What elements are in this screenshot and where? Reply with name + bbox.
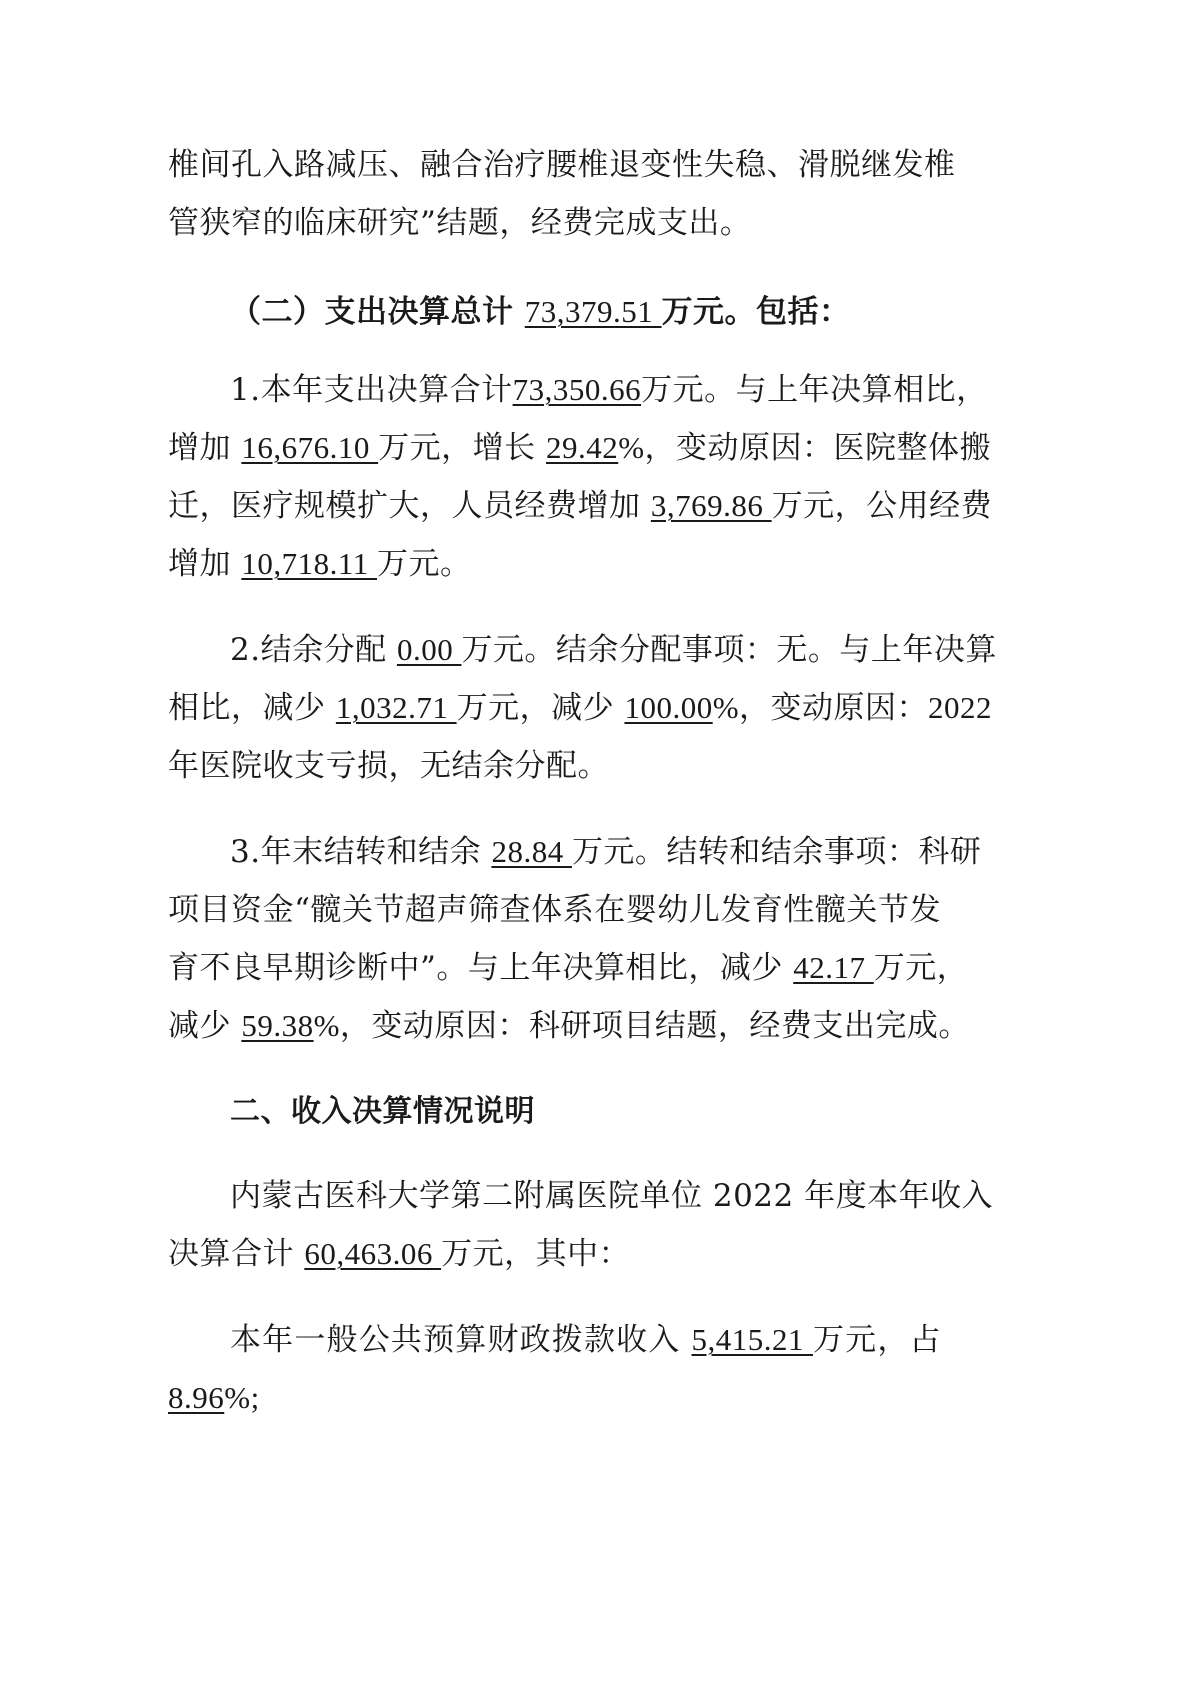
text: 万元，其中： bbox=[441, 1236, 630, 1272]
text: 迁，医疗规模扩大，人员经费增加 bbox=[168, 488, 651, 524]
text: 二、收入决算情况说明 bbox=[230, 1094, 535, 1129]
text: 椎间孔入路减压、融合治疗腰椎退变性失稳、滑脱继发椎 bbox=[168, 147, 956, 183]
total-income-amount: 60,463.06 bbox=[304, 1236, 441, 1271]
item2-line-3: 年医院收支亏损，无结余分配。 bbox=[168, 746, 941, 786]
fiscal-share-percent: 8.96 bbox=[168, 1380, 224, 1415]
item3-line-1: 3.年末结转和结余 28.84 万元。结转和结余事项：科研 bbox=[230, 832, 941, 872]
text: 万元。包括： bbox=[662, 294, 851, 330]
text: 减少 bbox=[168, 1008, 241, 1044]
item1-line-3: 迁，医疗规模扩大，人员经费增加 3,769.86 万元，公用经费 bbox=[168, 486, 941, 526]
item3-line-3: 育不良早期诊断中”。与上年决算相比，减少 42.17 万元， bbox=[168, 948, 941, 988]
text: %，变动原因：科研项目结题，经费支出完成。 bbox=[314, 1008, 970, 1043]
text: 内蒙古医科大学第二附属医院单位 2022 年度本年收入 bbox=[230, 1178, 993, 1214]
personnel-increase-amount: 3,769.86 bbox=[651, 488, 772, 523]
balance-decrease-amount: 42.17 bbox=[793, 950, 874, 985]
continuation-line-1: 椎间孔入路减压、融合治疗腰椎退变性失稳、滑脱继发椎 bbox=[168, 145, 941, 185]
text: 育不良早期诊断中”。与上年决算相比，减少 bbox=[168, 950, 793, 986]
expenditure-total-heading: （二）支出决算总计 73,379.51 万元。包括： bbox=[230, 292, 941, 332]
continuation-line-2: 管狭窄的临床研究”结题，经费完成支出。 bbox=[168, 203, 941, 243]
income-intro-line-2: 决算合计 60,463.06 万元，其中： bbox=[168, 1234, 941, 1274]
surplus-distribution-amount: 0.00 bbox=[397, 632, 462, 667]
text: 项目资金“髋关节超声筛查体系在婴幼儿发育性髋关节发 bbox=[168, 892, 941, 928]
item3-line-2: 项目资金“髋关节超声筛查体系在婴幼儿发育性髋关节发 bbox=[168, 890, 941, 930]
text: %; bbox=[224, 1380, 259, 1415]
item1-line-1: 1.本年支出决算合计73,350.66万元。与上年决算相比， bbox=[230, 370, 941, 410]
decrease-amount: 1,032.71 bbox=[336, 690, 457, 725]
text: 万元，减少 bbox=[457, 690, 625, 726]
text: 本年一般公共预算财政拨款收入 bbox=[230, 1322, 692, 1358]
item1-line-4: 增加 10,718.11 万元。 bbox=[168, 544, 941, 584]
item2-line-2: 相比，减少 1,032.71 万元，减少 100.00%，变动原因：2022 bbox=[168, 688, 941, 728]
text: 万元。结转和结余事项：科研 bbox=[572, 834, 982, 870]
text: 万元，公用经费 bbox=[772, 488, 993, 524]
public-expense-increase-amount: 10,718.11 bbox=[241, 546, 377, 581]
item2-line-1: 2.结余分配 0.00 万元。结余分配事项：无。与上年决算 bbox=[230, 630, 941, 670]
fiscal-income-line-2: 8.96%; bbox=[168, 1378, 941, 1418]
balance-decrease-percent: 59.38 bbox=[241, 1008, 313, 1043]
text: 年医院收支亏损，无结余分配。 bbox=[168, 748, 609, 784]
text: 增加 bbox=[168, 430, 241, 466]
text: 管狭窄的临床研究”结题，经费完成支出。 bbox=[168, 205, 751, 241]
text: 相比，减少 bbox=[168, 690, 336, 726]
year-end-balance-amount: 28.84 bbox=[491, 834, 572, 869]
text: %，变动原因：2022 bbox=[713, 690, 992, 725]
text: （二）支出决算总计 bbox=[230, 294, 525, 330]
current-year-expenditure-amount: 73,350.66 bbox=[513, 372, 642, 407]
item1-line-2: 增加 16,676.10 万元，增长 29.42%，变动原因：医院整体搬 bbox=[168, 428, 941, 468]
income-intro-line-1: 内蒙古医科大学第二附属医院单位 2022 年度本年收入 bbox=[230, 1176, 941, 1216]
growth-percent: 29.42 bbox=[546, 430, 618, 465]
text: 万元。 bbox=[377, 546, 472, 582]
text: 决算合计 bbox=[168, 1236, 304, 1272]
text: 3.年末结转和结余 bbox=[230, 834, 491, 870]
document-page: 椎间孔入路减压、融合治疗腰椎退变性失稳、滑脱继发椎 管狭窄的临床研究”结题，经费… bbox=[0, 0, 1200, 1696]
section-heading-income: 二、收入决算情况说明 bbox=[230, 1092, 941, 1132]
text: 1.本年支出决算合计 bbox=[230, 372, 513, 408]
item3-line-4: 减少 59.38%，变动原因：科研项目结题，经费支出完成。 bbox=[168, 1006, 941, 1046]
text: 万元。与上年决算相比， bbox=[641, 372, 988, 408]
fiscal-income-line-1: 本年一般公共预算财政拨款收入 5,415.21 万元，占 bbox=[230, 1320, 941, 1360]
fiscal-appropriation-amount: 5,415.21 bbox=[692, 1322, 813, 1357]
decrease-percent: 100.00 bbox=[624, 690, 712, 725]
expenditure-total-amount: 73,379.51 bbox=[525, 294, 662, 329]
text: %，变动原因：医院整体搬 bbox=[618, 430, 991, 465]
increase-amount: 16,676.10 bbox=[241, 430, 378, 465]
text: 万元，增长 bbox=[378, 430, 546, 466]
text: 增加 bbox=[168, 546, 241, 582]
text: 万元， bbox=[874, 950, 969, 986]
text: 2.结余分配 bbox=[230, 632, 397, 668]
text: 万元，占 bbox=[813, 1322, 941, 1358]
text: 万元。结余分配事项：无。与上年决算 bbox=[461, 632, 997, 668]
